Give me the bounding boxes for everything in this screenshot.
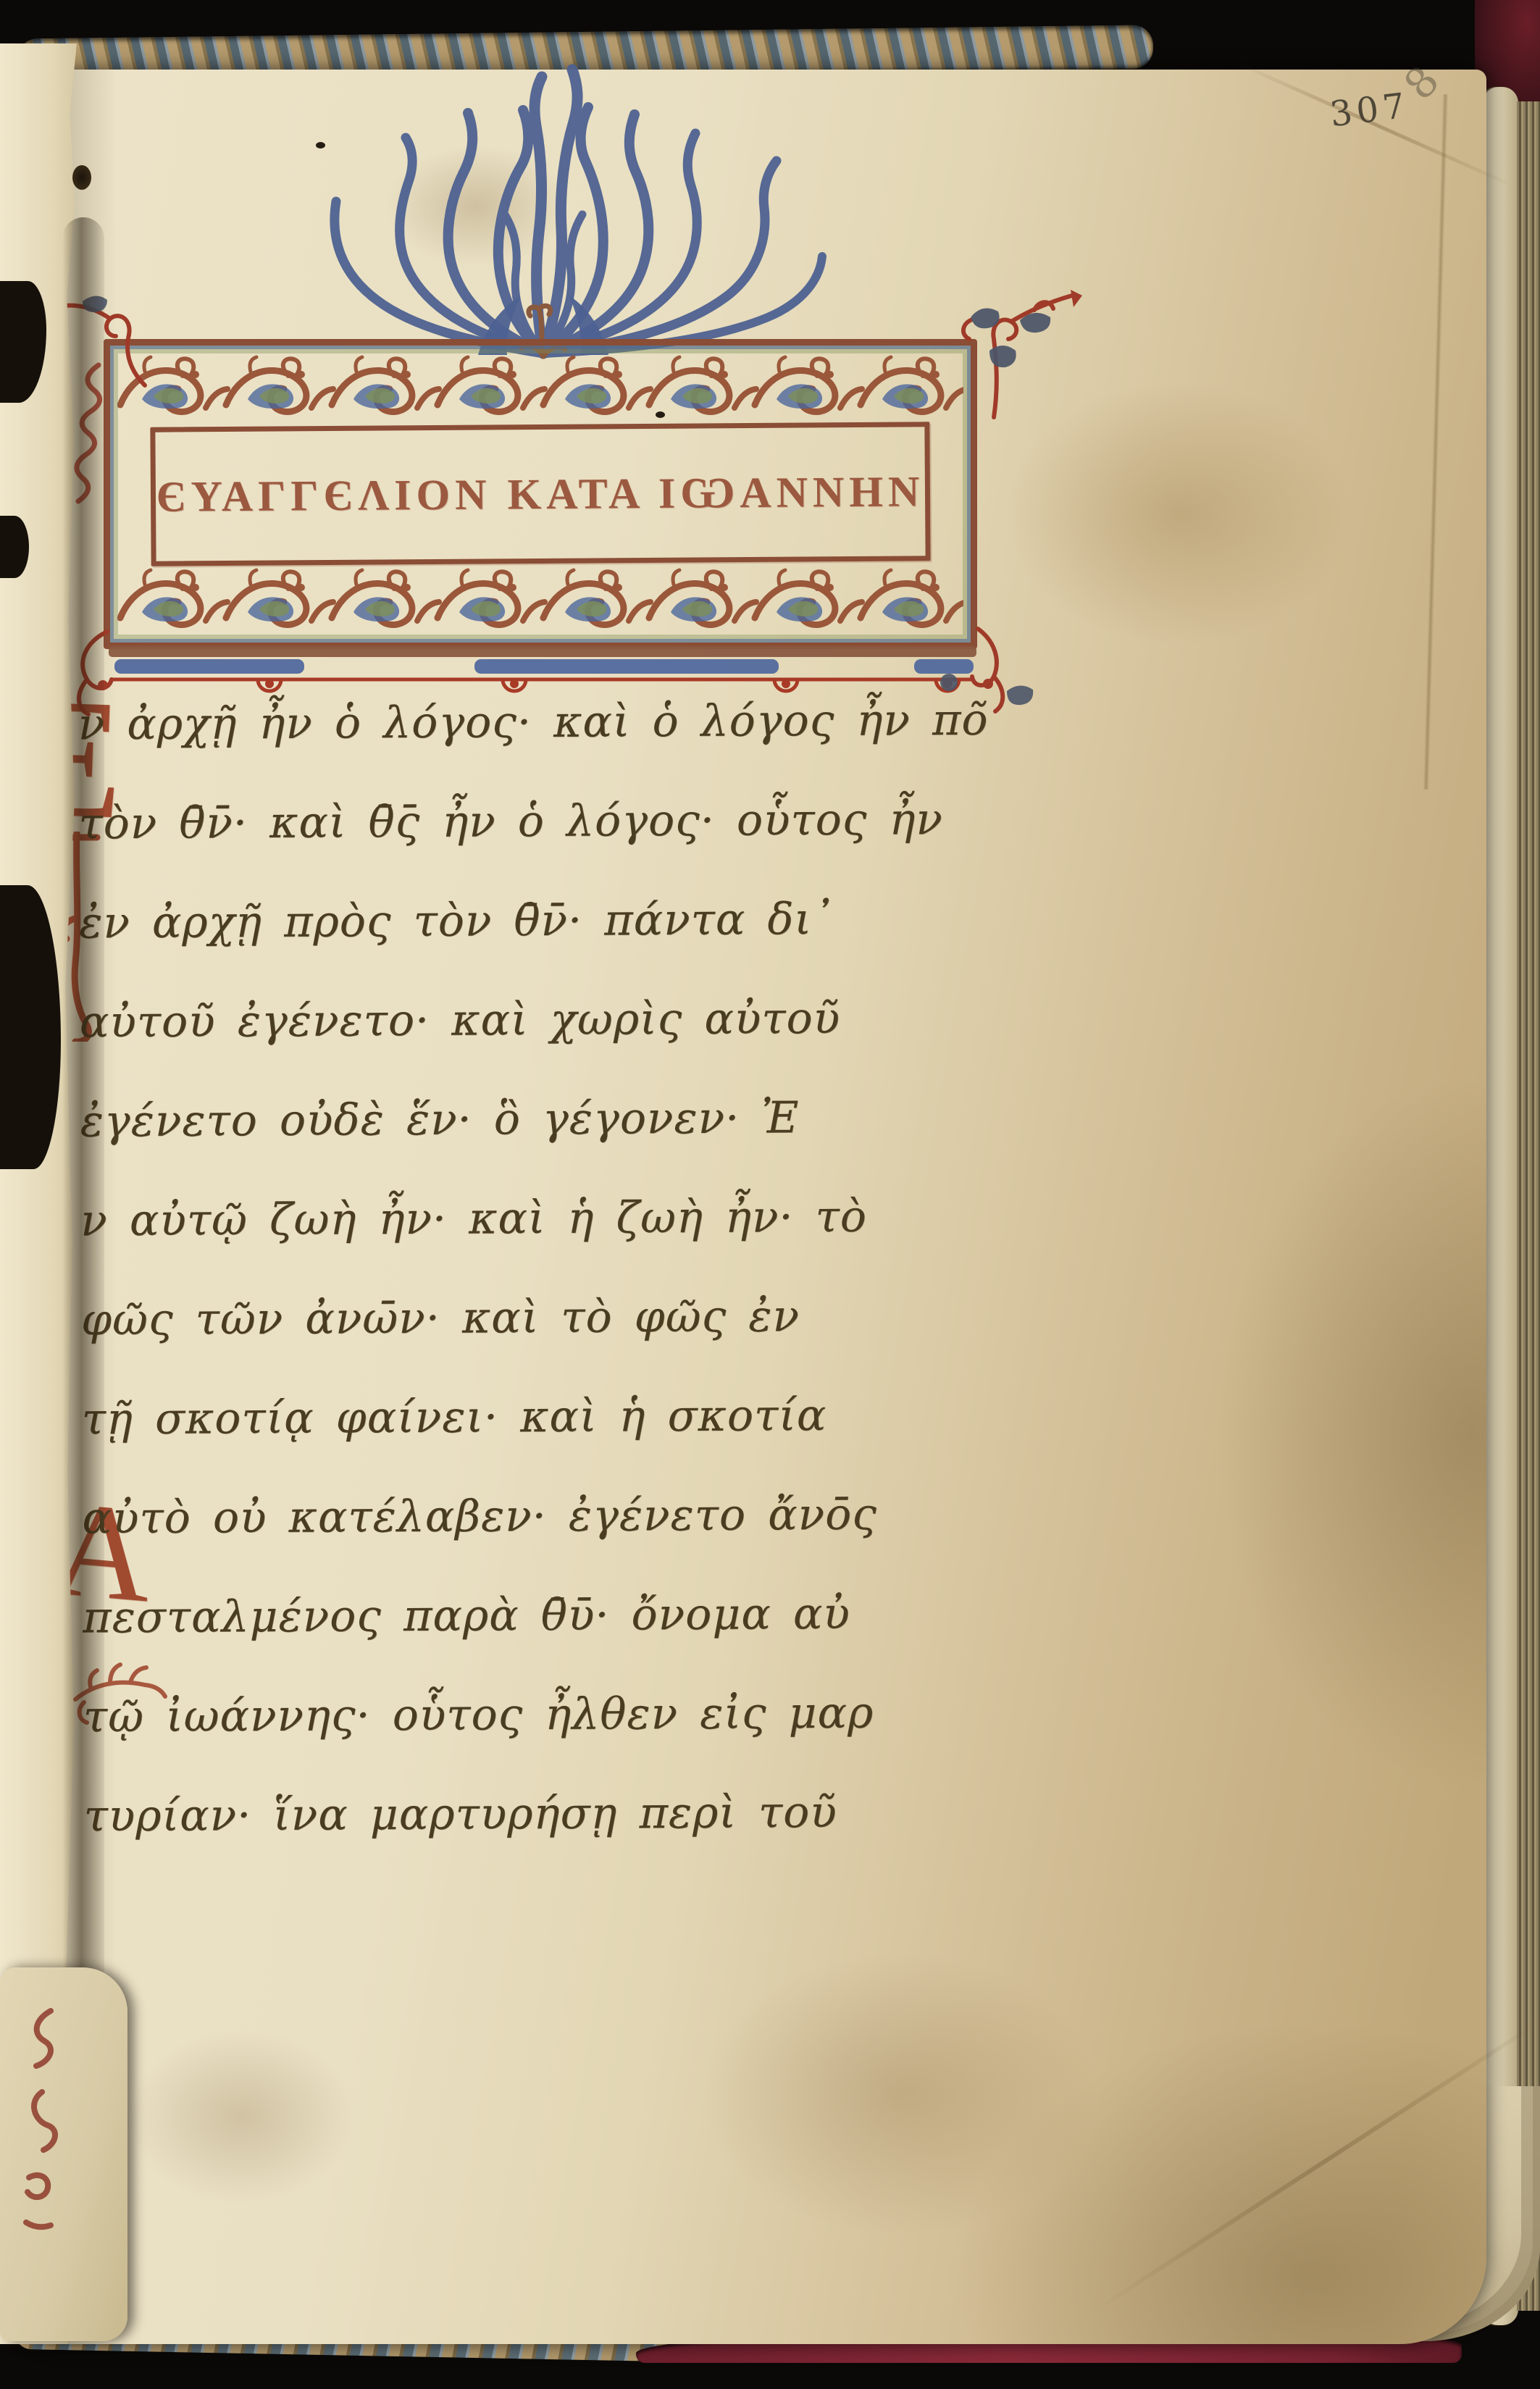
ink-speck: [656, 411, 665, 418]
title-cartouche: ЄΥΑΓΓЄΛΙΟΝ ΚΑΤΑ ΙѠΑΝΝΗΝ: [150, 422, 930, 566]
corner-flourish-top-right: [950, 287, 1088, 424]
headpiece-title: ЄΥΑΓΓЄΛΙΟΝ ΚΑΤΑ ΙѠΑΝΝΗΝ: [156, 466, 925, 522]
ink-speck: [316, 142, 325, 148]
corner-flourish-bottom-right: [963, 622, 1065, 723]
text-line: ν αὐτῷ ζωὴ ἦν· καὶ ἡ ζωὴ ἦν· τὸ: [80, 1192, 867, 1247]
text-line: τυρίαν· ἵνα μαρτυρήσῃ περὶ τοῦ: [83, 1787, 837, 1841]
manuscript-photo: ЄΥΑΓΓЄΛΙΟΝ ΚΑΤΑ ΙѠΑΝΝΗΝ: [0, 0, 1540, 2389]
vine-scroll-band-top: [117, 353, 963, 422]
text-line: τῷ ἰωάννης· οὗτος ἦλθεν εἰς μαρ: [83, 1688, 874, 1743]
text-line: τῇ σκοτίᾳ φαίνει· καὶ ἡ σκοτία: [82, 1390, 827, 1444]
text-line: ἐγένετο οὐδὲ ἕν· ὃ γέγονεν· Ἐ: [80, 1092, 799, 1147]
headpiece-frame: ЄΥΑΓΓЄΛΙΟΝ ΚΑΤΑ ΙѠΑΝΝΗΝ: [104, 339, 977, 649]
flame-rays-ornament: [230, 59, 856, 364]
gutter-gap: [0, 516, 29, 578]
text-line: ἐν ἀρχῇ πρὸς τὸν θ̄ν̄· πάντα δι᾽: [79, 894, 834, 948]
text-line: αὐτὸ οὐ κατέλαβεν· ἐγένετο ἄνο̄ς: [82, 1489, 877, 1544]
text-line: τὸν θ̄ν̄· καὶ θ̄ς̄ ἦν ὁ λόγος· οὗτος ἦν: [78, 794, 943, 849]
vine-scroll-band-bottom: [117, 566, 963, 635]
fore-edge-page-stack: [1517, 101, 1540, 2311]
text-line: αὐτοῦ ἐγένετο· καὶ χωρὶς αὐτοῦ: [80, 993, 841, 1047]
text-line: πεσταλμένος παρὰ θ̄ῡ· ὄνομα αὐ: [83, 1589, 850, 1644]
wormhole: [72, 165, 91, 190]
text-block: ν ἀρχῇ ἦν ὁ λόγος· καὶ ὁ λόγος ἦν πο̃ τὸ…: [78, 695, 1026, 1931]
text-line: φῶς τῶν ἀνω̄ν· καὶ τὸ φῶς ἐν: [81, 1291, 800, 1345]
underleaf-penwork: [4, 2005, 99, 2251]
text-line: ν ἀρχῇ ἦν ὁ λόγος· καὶ ὁ λόγος ἦν πο̃: [78, 695, 989, 750]
